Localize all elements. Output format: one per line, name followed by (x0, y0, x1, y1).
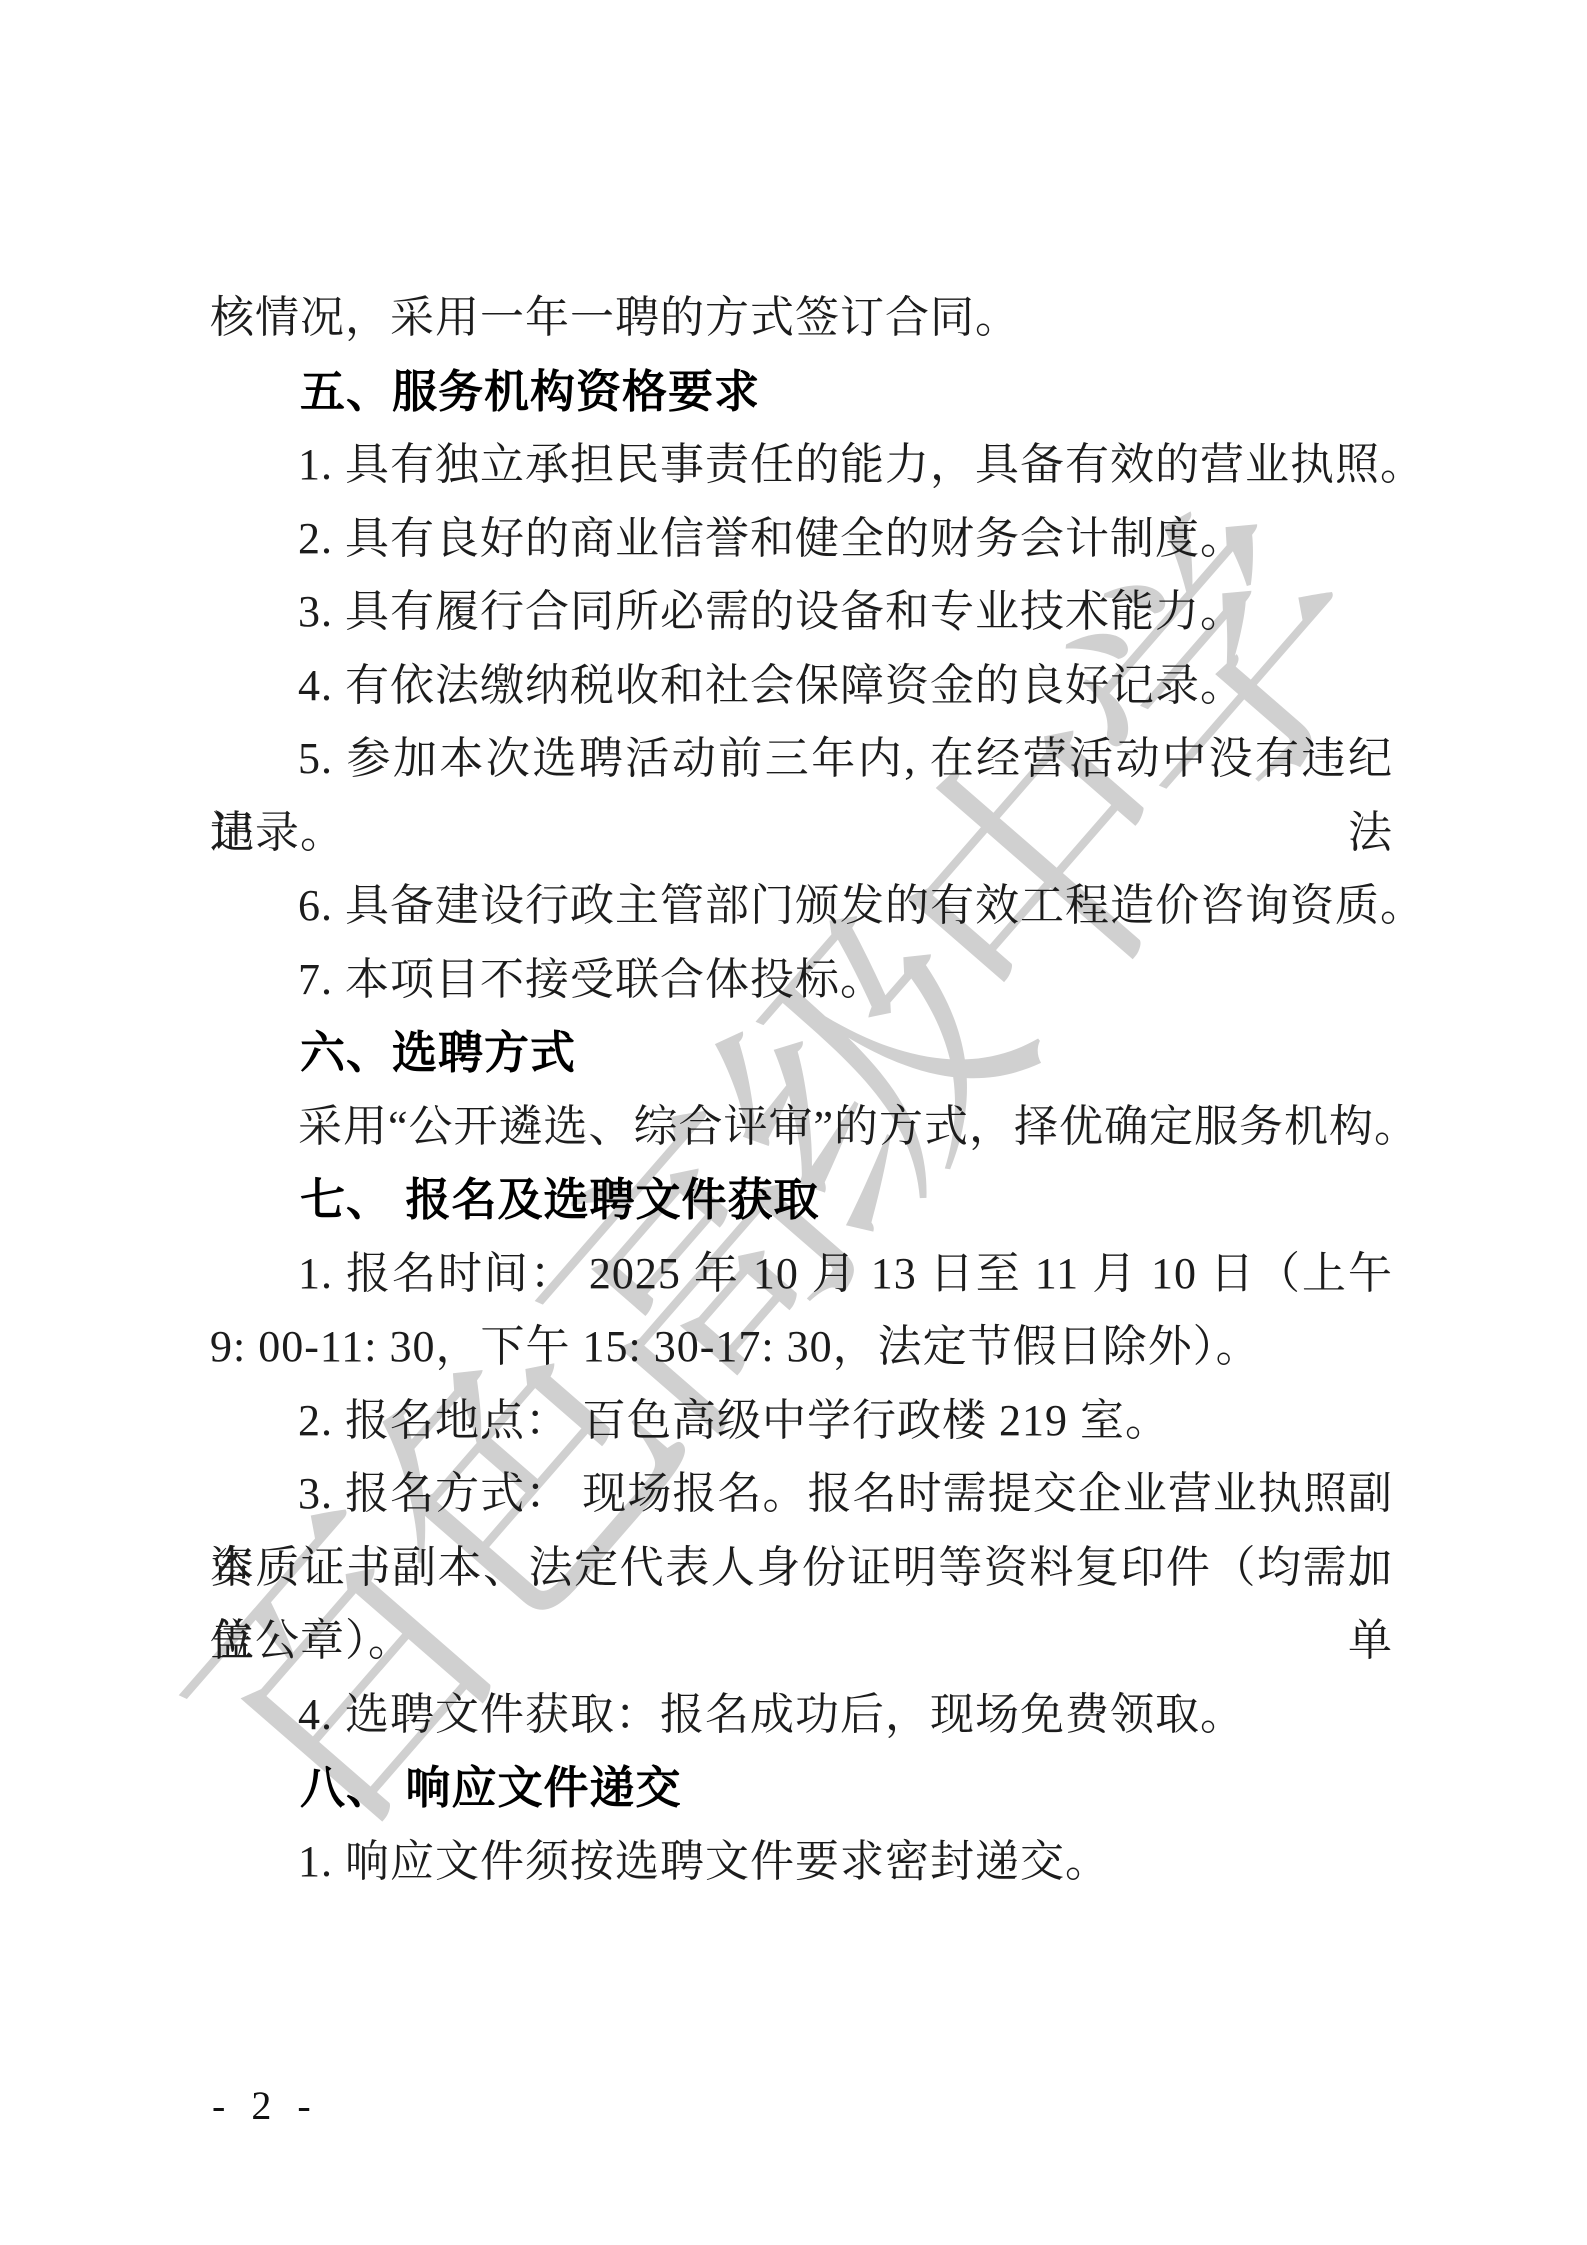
section-heading-8: 八、 响应文件递交 (210, 1751, 1393, 1825)
list-item: 2. 具有良好的商业信誉和健全的财务会计制度。 (210, 502, 1393, 576)
list-item: 3. 具有履行合同所必需的设备和专业技术能力。 (210, 575, 1393, 649)
list-item: 7. 本项目不接受联合体投标。 (210, 943, 1393, 1017)
list-item: 5. 参加本次选聘活动前三年内, 在经营活动中没有违纪违法 (210, 722, 1393, 796)
text-line: 9: 00-11: 30，下午 15: 30-17: 30，法定节假日除外）。 (210, 1310, 1393, 1384)
list-item: 1. 具有独立承担民事责任的能力，具备有效的营业执照。 (210, 428, 1393, 502)
document-body: 核情况，采用一年一聘的方式签订合同。 五、服务机构资格要求 1. 具有独立承担民… (210, 281, 1393, 1898)
list-item: 4. 有依法缴纳税收和社会保障资金的良好记录。 (210, 649, 1393, 723)
list-item: 3. 报名方式： 现场报名。报名时需提交企业营业执照副本、 (210, 1457, 1393, 1531)
page-number: - 2 - (212, 2082, 319, 2129)
text-line: 位公章）。 (210, 1604, 1393, 1678)
list-item: 6. 具备建设行政主管部门颁发的有效工程造价咨询资质。 (210, 869, 1393, 943)
text-line: 采用“公开遴选、综合评审”的方式，择优确定服务机构。 (210, 1090, 1393, 1164)
text-line: 核情况，采用一年一聘的方式签订合同。 (210, 281, 1393, 355)
list-item: 1. 响应文件须按选聘文件要求密封递交。 (210, 1825, 1393, 1899)
list-item: 4. 选聘文件获取：报名成功后，现场免费领取。 (210, 1678, 1393, 1752)
document-page: 百色高级中学 核情况，采用一年一聘的方式签订合同。 五、服务机构资格要求 1. … (0, 0, 1587, 2245)
text-line: 记录。 (210, 796, 1393, 870)
text-line: 资质证书副本、法定代表人身份证明等资料复印件（均需加盖单 (210, 1531, 1393, 1605)
section-heading-6: 六、选聘方式 (210, 1016, 1393, 1090)
section-heading-7: 七、 报名及选聘文件获取 (210, 1163, 1393, 1237)
list-item: 2. 报名地点： 百色高级中学行政楼 219 室。 (210, 1384, 1393, 1458)
section-heading-5: 五、服务机构资格要求 (210, 355, 1393, 429)
list-item: 1. 报名时间： 2025 年 10 月 13 日至 11 月 10 日（上午 (210, 1237, 1393, 1311)
